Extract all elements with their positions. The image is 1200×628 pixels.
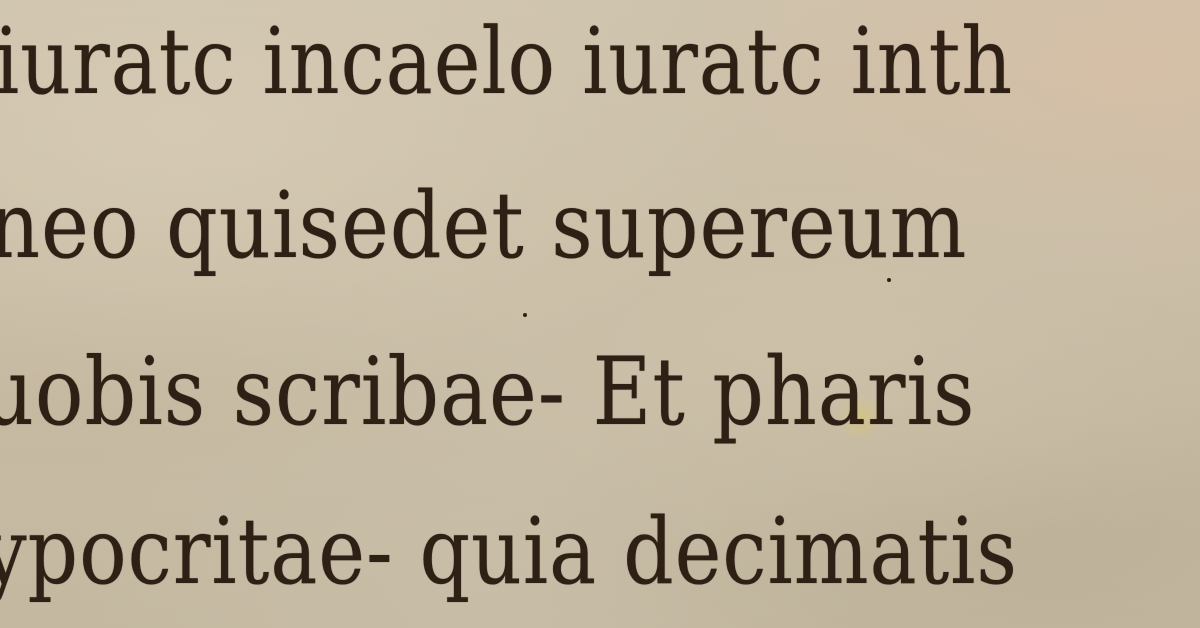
manuscript-line-2-text: neo quisedet supereum [0,172,967,279]
ink-speck [523,313,527,317]
ink-speck [887,278,891,282]
manuscript-line-3-text: uobis scribae- Et pharis [0,338,975,447]
manuscript-line-2: neo quisedet supereum [0,172,967,279]
manuscript-line-4: ypocritae- quia decimatis [0,498,1018,605]
manuscript-line-3: uobis scribae- Et pharis [0,338,975,447]
manuscript-line-1: iuratc incaelo iuratc inth [0,8,1013,115]
manuscript-line-1-text: iuratc incaelo iuratc inth [0,8,1013,115]
manuscript-line-4-text: ypocritae- quia decimatis [0,498,1018,605]
